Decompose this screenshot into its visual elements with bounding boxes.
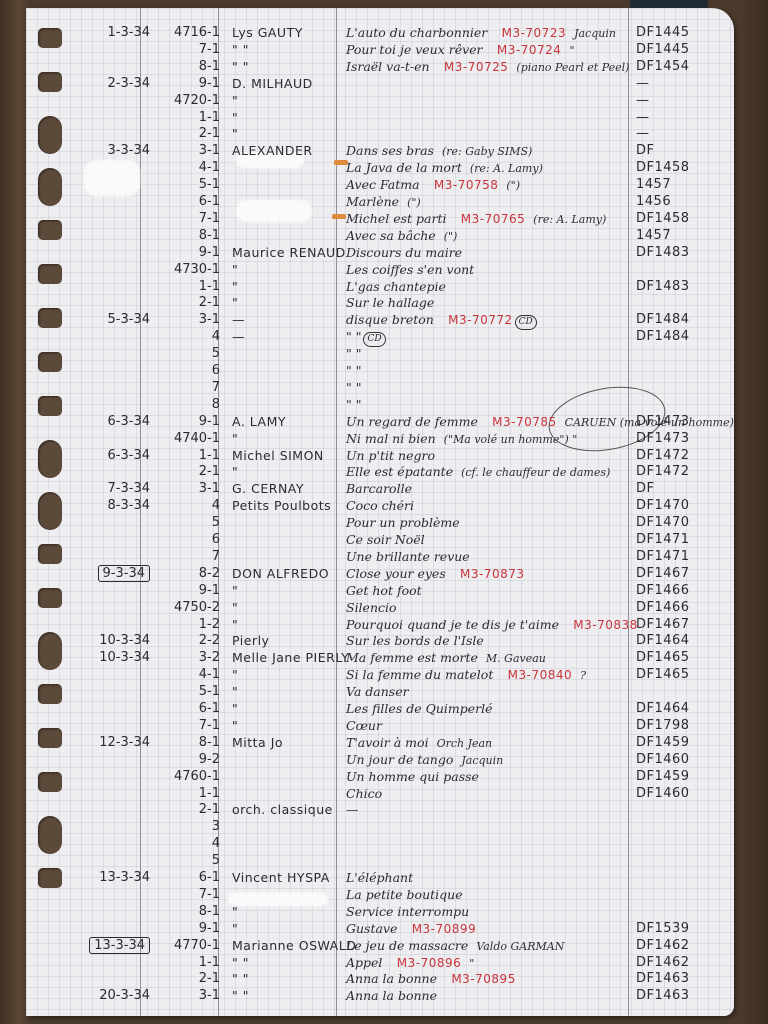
matrix-number: M3-70840 (503, 668, 572, 682)
matrix-number: M3-70723 (497, 26, 566, 40)
song-title: Appel (346, 955, 382, 970)
song-title: T'avoir à moi (346, 735, 429, 750)
song-title: Discours du maire (346, 245, 462, 260)
ledger-row: 20-3-343-1" "Anna la bonneDF1463 (0, 985, 768, 1007)
song-title: " " (346, 346, 361, 361)
matrix-number: M3-70838 (569, 618, 638, 632)
matrix-number: M3-70724 (493, 43, 562, 57)
entry-title-line: Anna la bonne (346, 985, 546, 1007)
song-title: Chico (346, 786, 382, 801)
matrix-number: M3-70725 (440, 60, 509, 74)
entry-number: 3-1 (150, 985, 220, 1007)
song-title: " " (346, 380, 361, 395)
song-title: Une brillante revue (346, 549, 470, 564)
matrix-number: M3-70896 (392, 956, 461, 970)
song-title: Sur les bords de l'Isle (346, 633, 484, 648)
matrix-number: M3-70772 (444, 313, 513, 327)
song-title: Avec sa bâche (346, 228, 436, 243)
song-title: Va danser (346, 684, 409, 699)
matrix-number: M3-70758 (430, 178, 499, 192)
matrix-number: M3-70785 (488, 415, 557, 429)
song-title: Ce soir Noël (346, 532, 425, 547)
song-title: La Java de la mort (346, 160, 462, 175)
song-title: " " (346, 397, 361, 412)
song-title: Close your eyes (346, 566, 446, 581)
song-title: Get hot foot (346, 583, 422, 598)
song-title: Avec Fatma (346, 177, 420, 192)
song-title: Service interrompu (346, 904, 469, 919)
song-title: Israël va-t-en (346, 59, 430, 74)
song-title: L'gas chantepie (346, 279, 446, 294)
song-title: Un p'tit negro (346, 448, 435, 463)
song-title: Dans ses bras (346, 143, 434, 158)
song-title: Si la femme du matelot (346, 667, 493, 682)
matrix-number: M3-70765 (456, 212, 525, 226)
song-title: Sur le hallage (346, 295, 434, 310)
song-title: L'auto du charbonnier (346, 25, 487, 40)
song-title: Le jeu de massacre (346, 938, 468, 953)
song-title: Anna la bonne (346, 988, 437, 1003)
matrix-number: M3-70895 (447, 972, 516, 986)
song-title: " " (346, 363, 361, 378)
song-title: Elle est épatante (346, 464, 453, 479)
song-title: Ma femme est morte (346, 650, 478, 665)
song-title: L'éléphant (346, 870, 413, 885)
song-title: Un homme qui passe (346, 769, 479, 784)
song-title: Cœur (346, 718, 382, 733)
matrix-number: M3-70873 (456, 567, 525, 581)
song-title: — (346, 802, 359, 817)
song-title: Michel est parti (346, 211, 446, 226)
song-title: La petite boutique (346, 887, 463, 902)
notebook-tab (630, 0, 708, 8)
matrix-number: M3-70899 (407, 922, 476, 936)
song-title: Ni mal ni bien (346, 431, 436, 446)
song-title: Gustave (346, 921, 397, 936)
song-title: Barcarolle (346, 481, 412, 496)
song-title: Un regard de femme (346, 414, 478, 429)
song-title: Pour un problème (346, 515, 460, 530)
song-title: Coco chéri (346, 498, 414, 513)
entry-artist: " " (232, 985, 338, 1007)
song-title: Les coiffes s'en vont (346, 262, 474, 277)
entry-date: 20-3-34 (70, 985, 150, 1007)
song-title: Les filles de Quimperlé (346, 701, 493, 716)
catalogue-number: DF1463 (636, 985, 726, 1007)
song-title: " " (346, 329, 361, 344)
song-title: Un jour de tango (346, 752, 453, 767)
song-title: Silencio (346, 600, 397, 615)
song-title: Pour toi je veux rêver (346, 42, 483, 57)
song-title: Pourquoi quand je te dis je t'aime (346, 617, 559, 632)
song-title: Anna la bonne (346, 971, 437, 986)
song-title: Marlène (346, 194, 399, 209)
song-title: disque breton (346, 312, 434, 327)
